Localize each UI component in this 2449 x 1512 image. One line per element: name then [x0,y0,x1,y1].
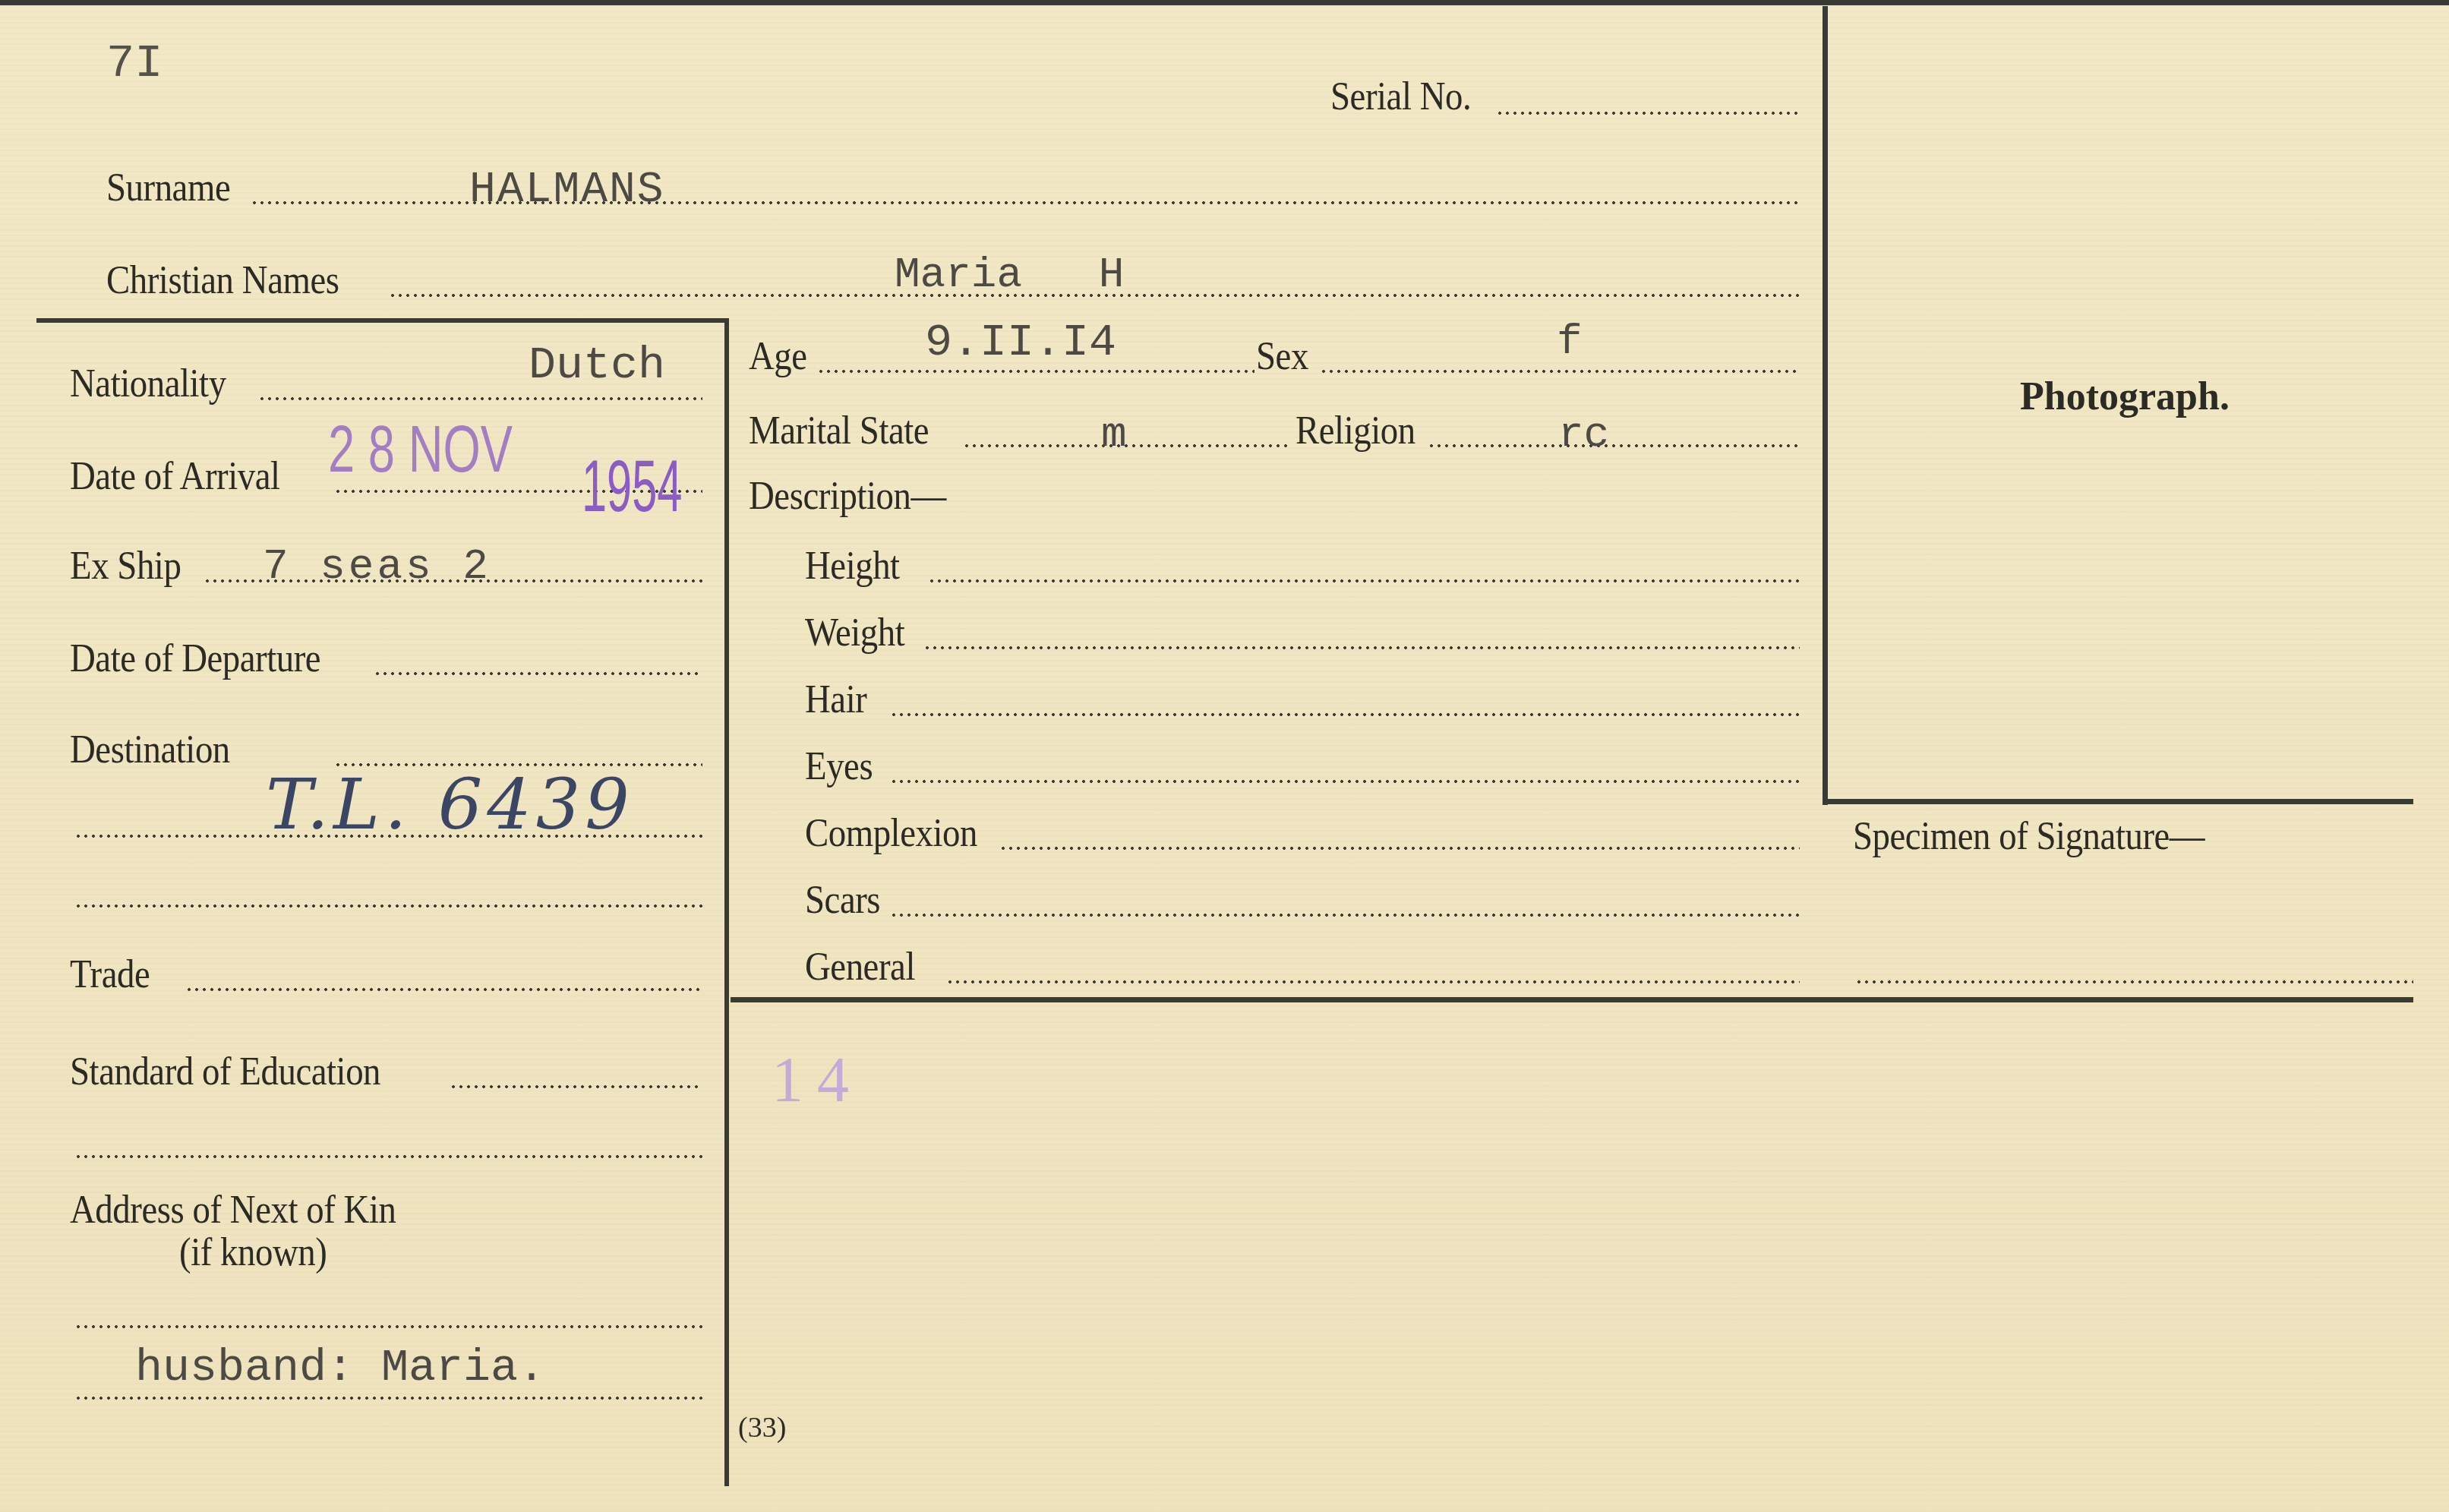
next-of-kin-label: Address of Next of Kin [70,1188,396,1233]
description-general-field[interactable] [946,980,1800,984]
marital-state-field[interactable] [963,443,1291,448]
description-height-label: Height [805,544,900,589]
registration-card: 7I Serial No. Surname HALMANS Christian … [0,0,2449,1512]
next-of-kin-field[interactable] [74,1324,702,1329]
serial-label: Serial No. [1330,74,1471,119]
description-scars-label: Scars [805,878,880,923]
religion-label: Religion [1296,409,1415,453]
sex-label: Sex [1256,334,1308,379]
description-eyes-field[interactable] [890,779,1800,784]
religion-value: rc [1558,410,1609,459]
date-of-arrival-label: Date of Arrival [70,454,280,499]
form-number: (33) [738,1411,786,1444]
sex-field[interactable] [1320,369,1800,374]
nationality-field[interactable] [258,396,702,401]
date-of-departure-label: Date of Departure [70,636,320,681]
trade-label: Trade [70,952,150,997]
destination-field-3[interactable] [74,904,702,908]
description-weight-label: Weight [805,611,904,655]
age-field[interactable] [817,369,1254,374]
age-value: 9.II.I4 [925,317,1116,369]
left-panel-top-border [36,318,729,323]
marital-state-label: Marital State [749,409,929,453]
description-complexion-label: Complexion [805,811,977,856]
date-of-departure-field[interactable] [374,671,702,676]
photo-box-bottom-border [1823,799,2413,804]
serial-field[interactable] [1496,111,1800,115]
nationality-label: Nationality [70,361,226,406]
surname-label: Surname [106,166,230,210]
description-scars-field[interactable] [890,913,1800,917]
trade-field[interactable] [185,987,702,992]
nationality-value: Dutch [529,340,665,392]
description-hair-field[interactable] [890,712,1800,717]
description-bottom-border [731,997,2413,1002]
ex-ship-label: Ex Ship [70,544,181,589]
description-eyes-label: Eyes [805,744,873,789]
signature-label: Specimen of Signature— [1853,814,2204,859]
photograph-label: Photograph. [2020,374,2230,419]
destination-value: T.L. 6439 [266,764,634,845]
standard-of-education-field-2[interactable] [74,1154,702,1159]
corner-number: 7I [106,36,163,90]
description-complexion-field[interactable] [999,846,1800,851]
arrival-date-stamp: 2 8 NOV [328,410,513,488]
description-height-field[interactable] [928,579,1800,583]
description-hair-label: Hair [805,677,866,722]
description-label: Description— [749,474,946,519]
left-panel-right-border [724,318,729,1486]
standard-of-education-field[interactable] [450,1084,702,1089]
religion-field[interactable] [1428,443,1800,448]
marital-state-value: m [1101,410,1127,459]
surname-value: HALMANS [469,166,665,215]
destination-field-2[interactable] [74,834,702,838]
next-of-kin-field-2[interactable] [74,1396,702,1400]
signature-field[interactable] [1855,980,2413,984]
destination-label: Destination [70,728,230,772]
page-stamp-number: 14 [772,1043,863,1117]
age-label: Age [749,334,807,379]
description-general-label: General [805,945,915,990]
christian-names-value: Maria H [895,251,1124,299]
arrival-year-stamp: 1954 [582,445,682,529]
photo-box-left-border [1823,6,1828,805]
next-of-kin-value: husband: Maria. [135,1343,545,1394]
ex-ship-value: 7 seas 2 [263,542,491,591]
standard-of-education-label: Standard of Education [70,1050,380,1094]
description-weight-field[interactable] [923,646,1800,650]
sex-value: f [1557,317,1583,366]
next-of-kin-sublabel: (if known) [179,1230,327,1275]
top-border [0,0,2449,5]
christian-names-label: Christian Names [106,258,339,303]
